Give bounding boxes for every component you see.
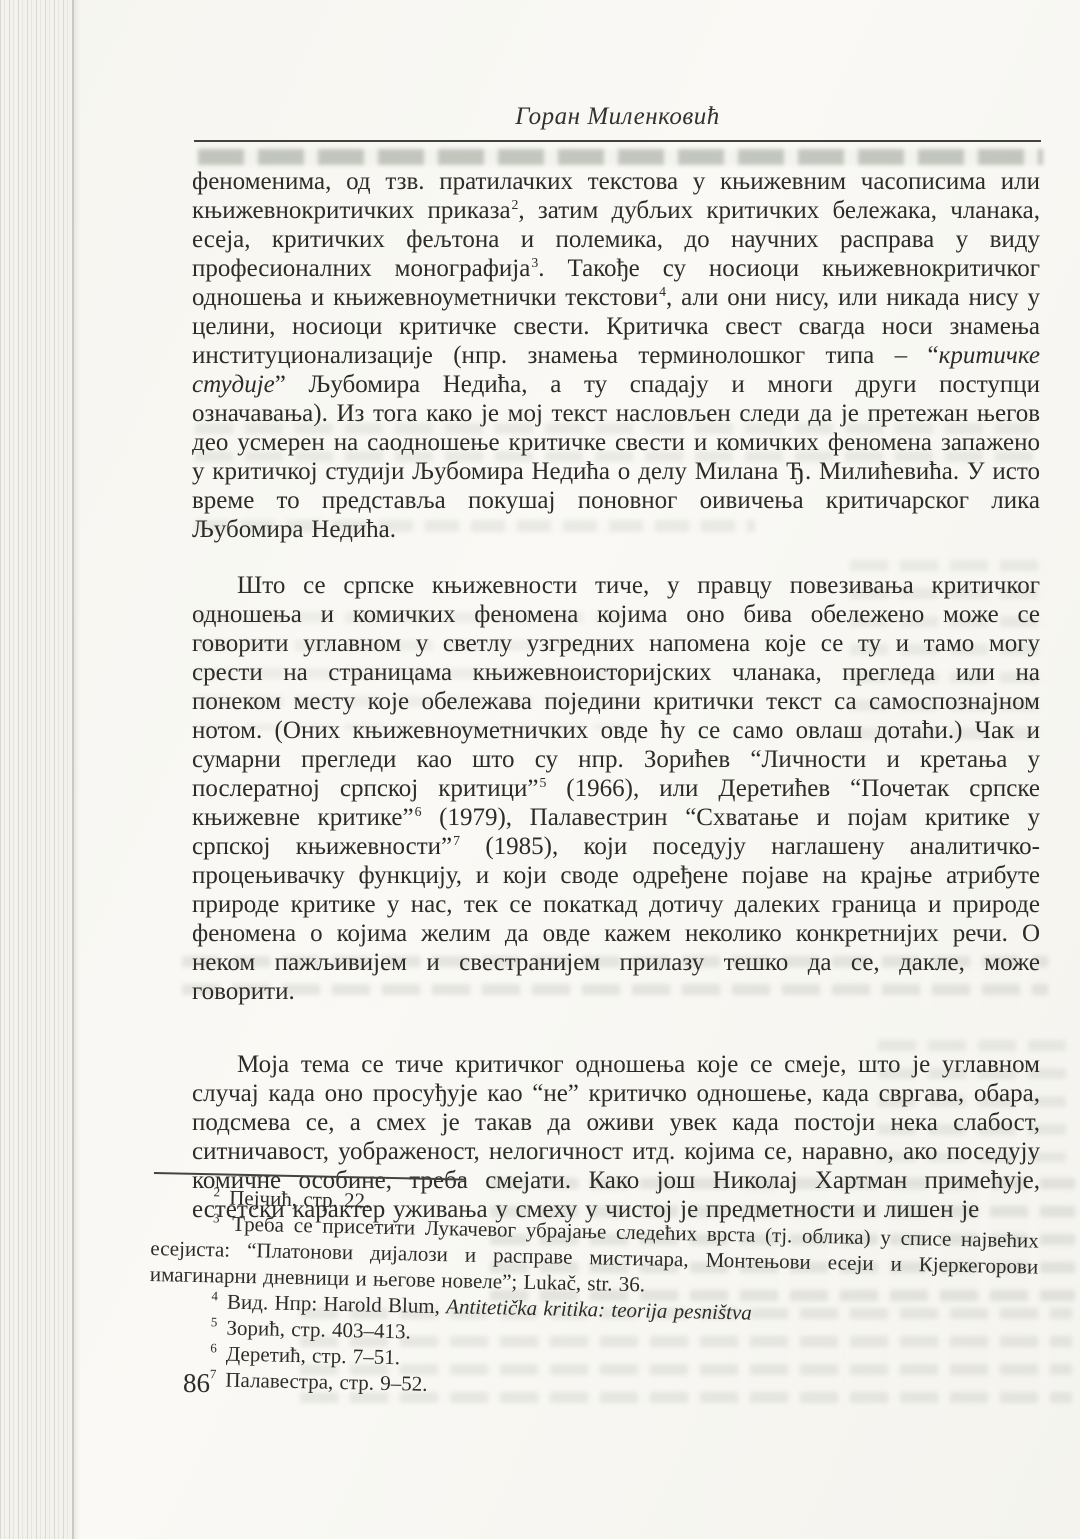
footnote-ref: 3 xyxy=(531,255,538,270)
page-number: 86 xyxy=(183,1368,210,1399)
header-rule xyxy=(194,140,1041,142)
footnote-number: 4 xyxy=(211,1288,218,1303)
footnotes-list: 2 Пејчић, стр. 22.3 Треба се присетити Л… xyxy=(147,1183,1039,1410)
footnote-ref: 7 xyxy=(453,833,460,848)
italic-text: Antitetička kritika: teorija pesništva xyxy=(446,1294,752,1324)
footnote-ref: 2 xyxy=(512,197,519,212)
footnote-number: 3 xyxy=(213,1210,220,1225)
footnote-block: 2 Пејчић, стр. 22.3 Треба се присетити Л… xyxy=(147,1172,1039,1410)
footnote-number: 2 xyxy=(213,1184,220,1199)
footnote-ref: 6 xyxy=(415,804,422,819)
footnote-ref: 5 xyxy=(539,775,546,790)
italic-text: критичке студије xyxy=(192,342,1040,398)
book-edge-strip xyxy=(0,0,74,1539)
paragraph: Што се српске књижевности тиче, у правцу… xyxy=(192,571,1040,1006)
paragraph: феноменима, од тзв. пратилачких текстова… xyxy=(192,167,1040,544)
footnote-number: 6 xyxy=(210,1340,217,1355)
running-header-author: Горан Миленковић xyxy=(515,103,720,130)
footnote-number: 5 xyxy=(211,1314,218,1329)
running-header: Горан Миленковић xyxy=(195,103,1040,131)
scanned-journal-page: { "page": { "number": "86", "header": { … xyxy=(0,0,1080,1539)
bleed-through-title xyxy=(198,149,1043,169)
footnote-number: 7 xyxy=(210,1366,217,1381)
article-body: феноменима, од тзв. пратилачких текстова… xyxy=(192,167,1040,1224)
footnote-ref: 4 xyxy=(659,284,666,299)
